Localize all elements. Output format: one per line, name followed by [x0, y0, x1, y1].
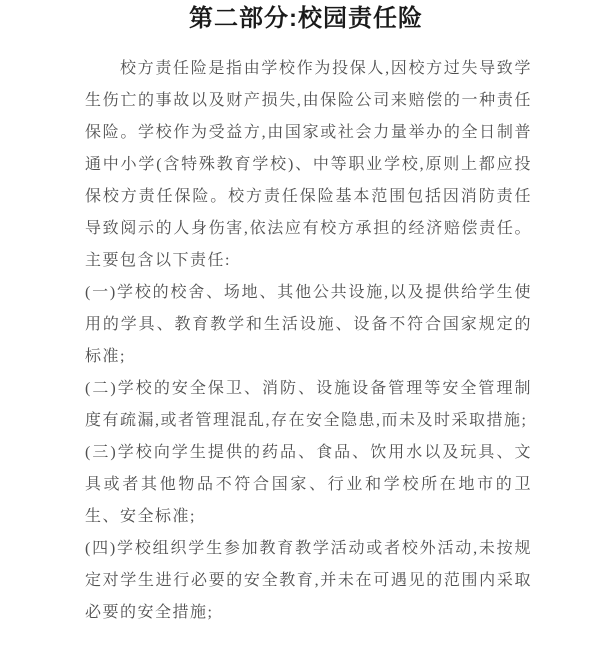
list-item-2: (二)学校的安全保卫、消防、设施设备管理等安全管理制度有疏漏,或者管理混乱,存在… [85, 373, 532, 437]
list-item-3: (三)学校向学生提供的药品、食品、饮用水以及玩具、文具或者其他物品不符合国家、行… [85, 437, 532, 533]
list-item-4: (四)学校组织学生参加教育教学活动或者校外活动,未按规定对学生进行必要的安全教育… [85, 533, 532, 629]
intro-paragraph: 校方责任险是指由学校作为投保人,因校方过失导致学生伤亡的事故以及财产损失,由保险… [85, 53, 532, 277]
document-page: 第二部分:校园责任险 校方责任险是指由学校作为投保人,因校方过失导致学生伤亡的事… [0, 0, 612, 667]
document-body: 校方责任险是指由学校作为投保人,因校方过失导致学生伤亡的事故以及财产损失,由保险… [85, 53, 532, 629]
list-item-1: (一)学校的校舍、场地、其他公共设施,以及提供给学生使用的学具、教育教学和生活设… [85, 277, 532, 373]
page-title: 第二部分:校园责任险 [80, 6, 532, 32]
